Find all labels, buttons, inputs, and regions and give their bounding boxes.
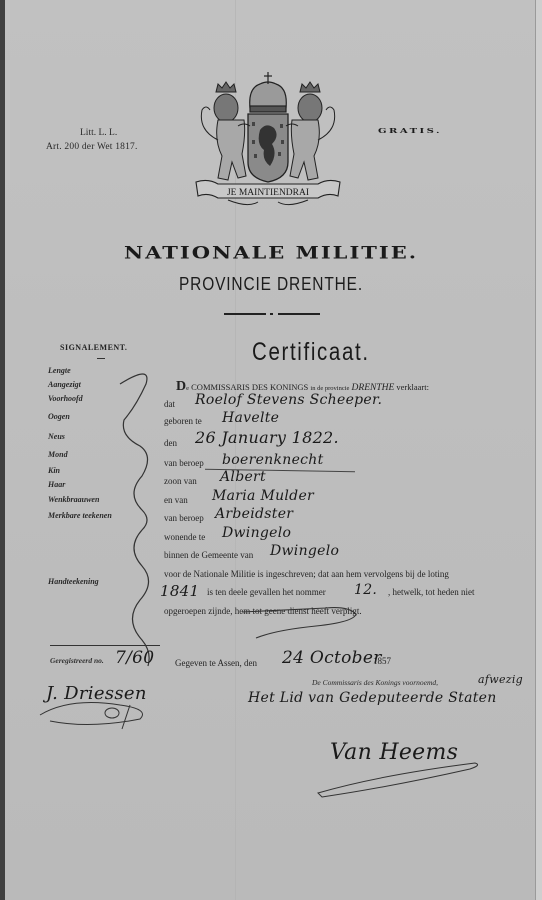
field-registration-number: 7/60 bbox=[115, 648, 154, 668]
label-gegeven-te: Gegeven te Assen, den bbox=[175, 658, 257, 668]
paragraph-line-1: voor de Nationale Militie is ingeschreve… bbox=[164, 569, 449, 579]
law-article-reference: Art. 200 der Wet 1817. bbox=[46, 142, 138, 152]
field-birthplace: Havelte bbox=[222, 410, 279, 426]
gratis-stamp: GRATIS. bbox=[378, 128, 442, 135]
signalement-divider bbox=[97, 358, 105, 359]
label-zoon-van: zoon van bbox=[164, 476, 197, 486]
field-given-date: 24 October bbox=[282, 648, 382, 668]
field-mother: Maria Mulder bbox=[212, 488, 314, 504]
signalement-haar: Haar bbox=[48, 480, 65, 489]
wavy-cancel-line-icon bbox=[112, 370, 162, 670]
label-parent-van-beroep: van beroep bbox=[164, 513, 204, 523]
label-commissaris-voornoemd: De Commissaris des Konings voornoemd, bbox=[312, 678, 438, 687]
clerk-signature-flourish-icon bbox=[30, 695, 170, 735]
field-deputy-note: Het Lid van Gedeputeerde Staten bbox=[248, 690, 497, 706]
field-absent-note: afwezig bbox=[478, 673, 523, 686]
royal-coat-of-arms-icon: JE MAINTIENDRAI bbox=[188, 70, 348, 210]
label-dat: dat bbox=[164, 399, 175, 409]
signalement-oogen: Oogen bbox=[48, 412, 70, 421]
registration-rule bbox=[50, 645, 160, 646]
title-nationale-militie: NATIONALE MILITIE. bbox=[118, 242, 424, 263]
label-gemeente: binnen de Gemeente van bbox=[164, 550, 253, 560]
official-signature-flourish-icon bbox=[310, 755, 490, 805]
signalement-kin: Kin bbox=[48, 466, 60, 475]
field-parent-occupation: Arbeidster bbox=[215, 506, 293, 522]
label-wonende-te: wonende te bbox=[164, 532, 205, 542]
field-father: Albert bbox=[220, 469, 266, 485]
field-birthdate: 26 January 1822. bbox=[195, 428, 339, 447]
closing-flourish-icon bbox=[236, 600, 376, 640]
title-provincie-drenthe: PROVINCIE DRENTHE. bbox=[139, 274, 402, 295]
signalement-lengte: Lengte bbox=[48, 366, 71, 375]
field-given-year: 1857 bbox=[373, 656, 391, 666]
svg-text:JE MAINTIENDRAI: JE MAINTIENDRAI bbox=[227, 188, 309, 198]
intro-initial: D bbox=[176, 379, 186, 394]
signalement-aangezigt: Aangezigt bbox=[48, 380, 81, 389]
page-edge-right bbox=[535, 0, 542, 900]
field-name: Roelof Stevens Scheeper. bbox=[195, 392, 382, 408]
signalement-heading: SIGNALEMENT. bbox=[60, 343, 127, 352]
label-en-van: en van bbox=[164, 495, 188, 505]
label-geregistreerd: Geregistreerd no. bbox=[50, 656, 104, 665]
label-geboren-te: geboren te bbox=[164, 416, 202, 426]
litt-reference: Litt. L. L. bbox=[80, 128, 117, 138]
signalement-voorhoofd: Voorhoofd bbox=[48, 394, 83, 403]
certificate-title: Certificaat. bbox=[252, 338, 370, 367]
signalement-handteekening: Handteekening bbox=[48, 577, 99, 586]
signalement-merkbare-teekenen: Merkbare teekenen bbox=[48, 511, 112, 520]
signalement-mond: Mond bbox=[48, 450, 68, 459]
signalement-wenkbraauwen: Wenkbraauwen bbox=[48, 495, 99, 504]
label-van-beroep: van beroep bbox=[164, 458, 204, 468]
field-lottery-year: 1841 bbox=[160, 582, 199, 600]
ornamental-divider bbox=[224, 313, 320, 315]
field-occupation: boerenknecht bbox=[222, 452, 324, 468]
field-municipality: Dwingelo bbox=[270, 543, 339, 559]
paragraph-line-2a: is ten deele gevallen het nommer bbox=[207, 587, 326, 597]
field-residence: Dwingelo bbox=[222, 525, 291, 541]
paragraph-line-2b: , hetwelk, tot heden niet bbox=[388, 587, 474, 597]
signalement-neus: Neus bbox=[48, 432, 65, 441]
field-lottery-number: 12. bbox=[354, 582, 377, 598]
label-den: den bbox=[164, 438, 177, 448]
